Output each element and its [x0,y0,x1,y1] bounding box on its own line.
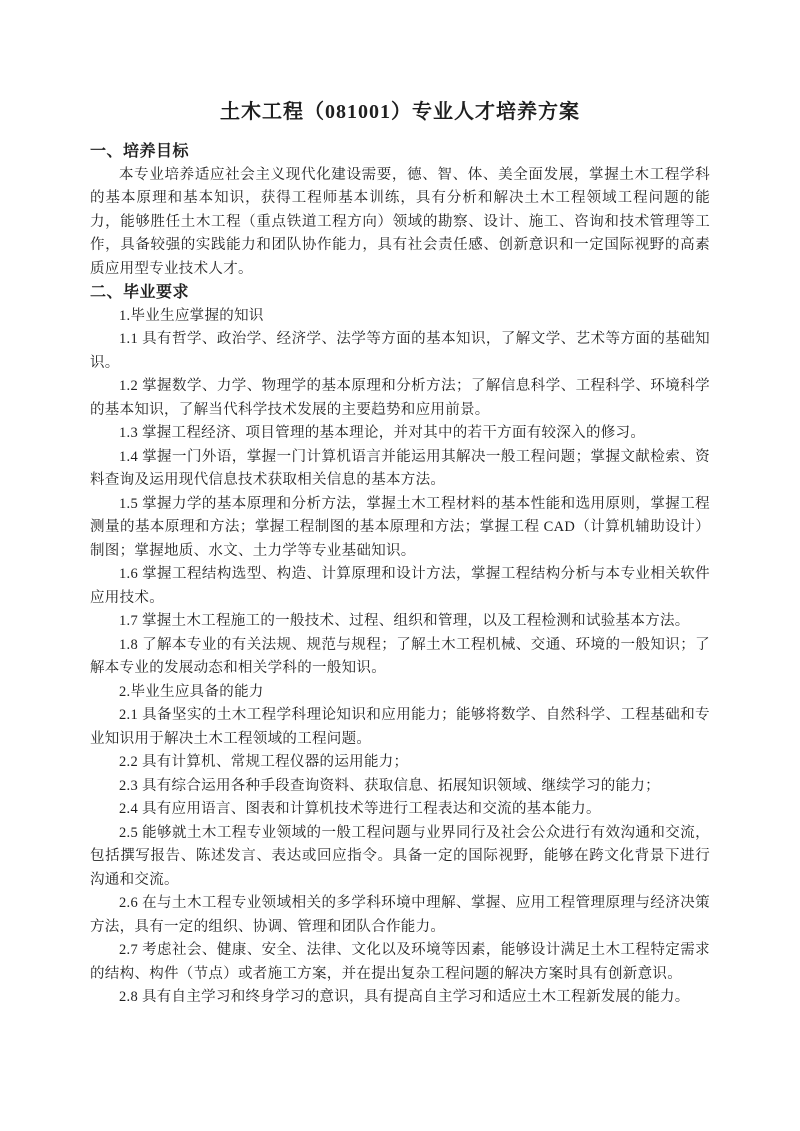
section-heading: 二、毕业要求 [90,281,710,305]
paragraph: 2.2 具有计算机、常规工程仪器的运用能力； [90,751,710,775]
document-page: 土木工程（081001）专业人才培养方案 一、培养目标本专业培养适应社会主义现代… [0,0,800,1131]
paragraph: 2.1 具备坚实的土木工程学科理论知识和应用能力；能够将数学、自然科学、工程基础… [90,704,710,751]
document-body: 一、培养目标本专业培养适应社会主义现代化建设需要，德、智、体、美全面发展，掌握土… [90,140,710,1010]
paragraph: 2.4 具有应用语言、图表和计算机技术等进行工程表达和交流的基本能力。 [90,798,710,822]
paragraph: 1.5 掌握力学的基本原理和分析方法，掌握土木工程材料的基本性能和选用原则，掌握… [90,493,710,564]
paragraph: 1.1 具有哲学、政治学、经济学、法学等方面的基本知识，了解文学、艺术等方面的基… [90,328,710,375]
paragraph: 1.3 掌握工程经济、项目管理的基本理论，并对其中的若干方面有较深入的修习。 [90,422,710,446]
paragraph: 2.毕业生应具备的能力 [90,681,710,705]
document-title: 土木工程（081001）专业人才培养方案 [90,97,710,127]
paragraph: 2.8 具有自主学习和终身学习的意识，具有提高自主学习和适应土木工程新发展的能力… [90,986,710,1010]
paragraph: 2.7 考虑社会、健康、安全、法律、文化以及环境等因素，能够设计满足土木工程特定… [90,939,710,986]
paragraph: 1.毕业生应掌握的知识 [90,305,710,329]
paragraph: 1.8 了解本专业的有关法规、规范与规程；了解土木工程机械、交通、环境的一般知识… [90,634,710,681]
paragraph: 1.4 掌握一门外语，掌握一门计算机语言并能运用其解决一般工程问题；掌握文献检索… [90,446,710,493]
paragraph: 本专业培养适应社会主义现代化建设需要，德、智、体、美全面发展，掌握土木工程学科的… [90,164,710,282]
paragraph: 1.2 掌握数学、力学、物理学的基本原理和分析方法；了解信息科学、工程科学、环境… [90,375,710,422]
paragraph: 2.6 在与土木工程专业领域相关的多学科环境中理解、掌握、应用工程管理原理与经济… [90,892,710,939]
paragraph: 2.5 能够就土木工程专业领域的一般工程问题与业界同行及社会公众进行有效沟通和交… [90,822,710,893]
paragraph: 1.6 掌握工程结构选型、构造、计算原理和设计方法，掌握工程结构分析与本专业相关… [90,563,710,610]
paragraph: 2.3 具有综合运用各种手段查询资料、获取信息、拓展知识领域、继续学习的能力； [90,775,710,799]
section-heading: 一、培养目标 [90,140,710,164]
paragraph: 1.7 掌握土木工程施工的一般技术、过程、组织和管理，以及工程检测和试验基本方法… [90,610,710,634]
